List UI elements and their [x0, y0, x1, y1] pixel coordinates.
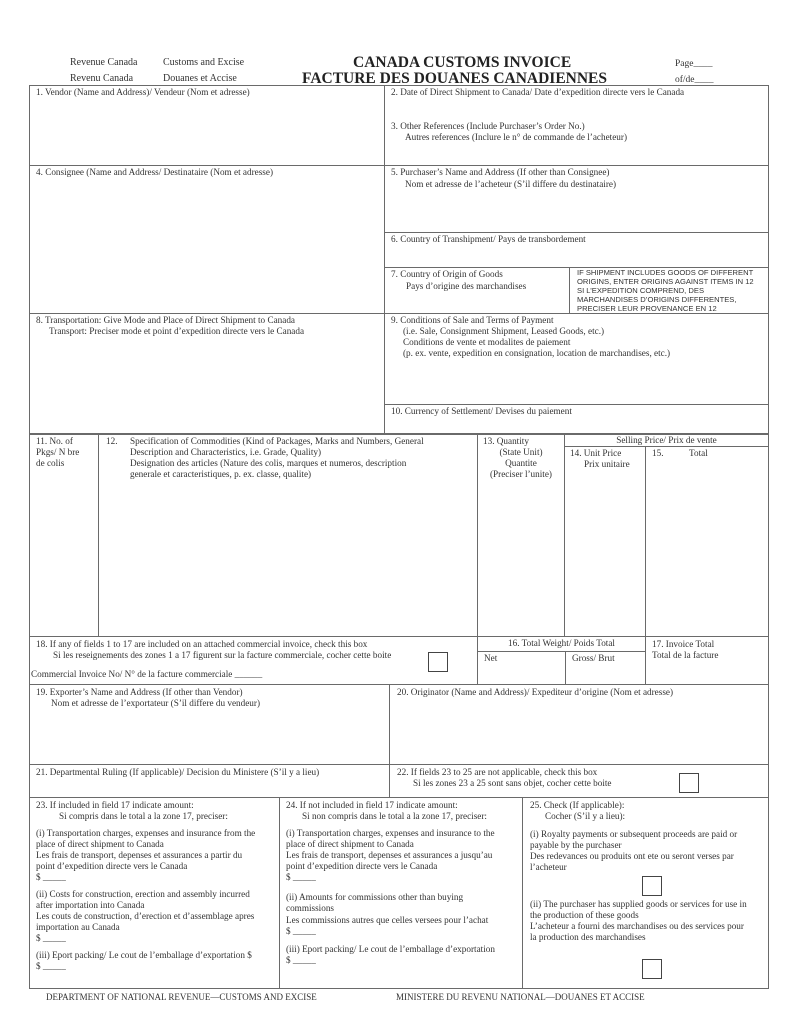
purchaser-supplied-text: (ii) The purchaser has supplied goods or… [530, 899, 747, 911]
packages-label: 11. No. of [36, 436, 73, 448]
exporter-label: 19. Exporter’s Name and Address (If othe… [36, 687, 243, 699]
originator-label: 20. Originator (Name and Address)/ Exped… [397, 687, 673, 699]
unit-price-column[interactable]: 14. Unit Price Prix unitaire [566, 448, 644, 635]
departmental-ruling-label: 21. Departmental Ruling (If applicable)/… [36, 767, 319, 779]
origin-country-field[interactable]: 7. Country of Origin of Goods Pays d’ori… [386, 269, 568, 312]
shipment-date-field[interactable]: 2. Date of Direct Shipment to Canada/ Da… [386, 87, 767, 117]
origin-note-line: MARCHANDISES D’ORIGINS DIFFERENTES, [577, 295, 754, 304]
royalty-text: l’acheteur [530, 862, 567, 874]
commodities-label: generale et caracteristiques, p. ex. cla… [130, 469, 311, 481]
check-applicable-header-fr: Cocher (S’il y a lieu): [545, 811, 625, 823]
origin-note-line: ORIGINS, ENTER ORIGINS AGAINST ITEMS IN … [577, 277, 754, 286]
purchaser-supplied-text: the production of these goods [530, 910, 639, 922]
quantity-label: 13. Quantity [483, 436, 529, 448]
gross-weight-field[interactable]: Gross/ Brut [567, 653, 644, 683]
consignee-field[interactable]: 4. Consignee (Name and Address/ Destinat… [31, 167, 383, 312]
agency-en: Revenue Canada [70, 57, 137, 69]
commercial-invoice-section: 18. If any of fields 1 to 17 are include… [31, 638, 476, 683]
other-references-field[interactable]: 3. Other References (Include Purchaser’s… [386, 118, 767, 164]
origin-note: IF SHIPMENT INCLUDES GOODS OF DIFFERENT … [577, 268, 754, 313]
footer-en: DEPARTMENT OF NATIONAL REVENUE—CUSTOMS A… [46, 992, 317, 1003]
other-references-label: 3. Other References (Include Purchaser’s… [391, 121, 585, 133]
invoice-total-label-fr: Total de la facture [652, 650, 718, 662]
invoice-total-field[interactable]: 17. Invoice Total Total de la facture [647, 638, 767, 683]
purchaser-supplied-text: la production des marchandises [530, 932, 646, 944]
total-label: Total [689, 448, 708, 460]
purchaser-label: 5. Purchaser’s Name and Address (If othe… [391, 167, 610, 179]
included-ii-text: Les couts de construction, d’erection et… [36, 911, 254, 923]
divider [279, 797, 280, 988]
included-i-text: place of direct shipment to Canada [36, 839, 164, 851]
quantity-label: Quantite [479, 458, 563, 470]
origin-country-label-fr: Pays d’origine des marchandises [406, 281, 526, 293]
transportation-field[interactable]: 8. Transportation: Give Mode and Place o… [31, 315, 383, 432]
divider [477, 651, 645, 652]
transportation-label-fr: Transport: Preciser mode et point d’expe… [49, 326, 304, 338]
divider [98, 433, 99, 636]
included-ii-amount-field[interactable]: $ _____ [36, 933, 66, 945]
included-i-text: (i) Transportation charges, expenses and… [36, 828, 255, 840]
agency-fr: Revenu Canada [70, 73, 133, 85]
royalty-text: Des redevances ou produits ont ete ou se… [530, 851, 734, 863]
selling-price-header: Selling Price/ Prix de vente [565, 435, 768, 447]
commercial-invoice-checkbox[interactable] [428, 652, 448, 672]
conditions-label: (i.e. Sale, Consignment Shipment, Leased… [403, 326, 604, 338]
origin-country-label: 7. Country of Origin of Goods [391, 269, 503, 281]
divider [569, 267, 570, 313]
not-included-ii-text: (ii) Amounts for commissions other than … [286, 892, 463, 904]
quantity-label: (Preciser l’unite) [479, 469, 563, 481]
divider [522, 797, 523, 988]
not-included-header-fr: Si non compris dans le total a la zone 1… [302, 811, 487, 823]
divider [565, 651, 566, 684]
vendor-field[interactable]: 1. Vendor (Name and Address)/ Vendeur (N… [31, 87, 383, 164]
quantity-label: (State Unit) [479, 447, 563, 459]
packages-column[interactable]: 11. No. of Pkgs/ N bre de colis [31, 435, 97, 635]
included-ii-text: importation au Canada [36, 922, 120, 934]
commercial-invoice-number-field[interactable]: Commercial Invoice No/ N° de la facture … [31, 669, 262, 681]
divider [389, 684, 390, 797]
total-number: 15. [652, 448, 663, 460]
departmental-ruling-field[interactable]: 21. Departmental Ruling (If applicable)/… [31, 766, 388, 796]
shipment-date-label: 2. Date of Direct Shipment to Canada/ Da… [391, 87, 684, 99]
divider [564, 433, 565, 636]
total-column[interactable]: 15. Total [647, 448, 767, 635]
not-applicable-section: 22. If fields 23 to 25 are not applicabl… [391, 766, 767, 796]
not-included-ii-text: Les commissions autres que celles versee… [286, 915, 488, 927]
included-ii-text: (ii) Costs for construction, erection an… [36, 889, 250, 901]
divider [29, 313, 768, 314]
not-applicable-label-fr: Si les zones 23 a 25 sont sans objet, co… [413, 778, 612, 790]
net-weight-label: Net [484, 653, 497, 665]
check-applicable-header: 25. Check (If applicable): [530, 800, 624, 812]
royalty-checkbox[interactable] [642, 876, 662, 896]
divider [384, 85, 385, 433]
title-fr: FACTURE DES DOUANES CANADIENNES [302, 71, 607, 86]
origin-note-line: PRECISER LEUR PROVENANCE EN 12 [577, 304, 754, 313]
not-included-header: 24. If not included in field 17 indicate… [286, 800, 458, 812]
included-iii-text: (iii) Eport packing/ Le cout de l’emball… [36, 950, 252, 962]
unit-price-label-fr: Prix unitaire [584, 459, 630, 471]
not-included-iii-text: (iii) Eport packing/ Le cout de l’emball… [286, 944, 495, 956]
exporter-label-fr: Nom et adresse de l’exportateur (S’il di… [51, 698, 260, 710]
dept-fr: Douanes et Accise [163, 73, 237, 85]
divider [384, 404, 768, 405]
not-included-i-text: point d’expedition directe vers le Canad… [286, 861, 437, 873]
royalty-text: (i) Royalty payments or subsequent proce… [530, 829, 737, 841]
dept-en: Customs and Excise [163, 57, 244, 69]
included-header-fr: Si compris dans le total a la zone 17, p… [59, 811, 228, 823]
not-applicable-checkbox[interactable] [679, 773, 699, 793]
commercial-invoice-label-fr: Si les reseignements des zones 1 a 17 fi… [53, 650, 391, 662]
purchaser-supplied-text: L’acheteur a fourni des marchandises ou … [530, 921, 744, 933]
total-weight-header: 16. Total Weight/ Poids Total [478, 638, 645, 650]
transhipment-country-field[interactable]: 6. Country of Transhipment/ Pays de tran… [386, 234, 767, 266]
conditions-label: 9. Conditions of Sale and Terms of Payme… [391, 315, 554, 327]
conditions-label: Conditions de vente et modalites de paie… [403, 337, 570, 349]
divider [384, 232, 768, 233]
not-included-ii-amount-field[interactable]: $ _____ [286, 926, 316, 938]
divider [645, 446, 646, 684]
not-included-i-text: place of direct shipment to Canada [286, 839, 414, 851]
divider [384, 165, 768, 166]
not-included-i-text: (i) Transportation charges, expenses and… [286, 828, 495, 840]
divider [29, 797, 768, 798]
quantity-column[interactable]: 13. Quantity (State Unit) Quantite (Prec… [479, 435, 563, 635]
purchaser-label-fr: Nom et adresse de l’acheteur (S’il diffe… [405, 179, 616, 191]
origin-note-line: SI L’EXPEDITION COMPREND, DES [577, 286, 754, 295]
currency-field[interactable]: 10. Currency of Settlement/ Devises du p… [386, 406, 767, 432]
conditions-label: (p. ex. vente, expedition en consignatio… [403, 348, 670, 360]
commercial-invoice-label: 18. If any of fields 1 to 17 are include… [36, 639, 367, 651]
divider [29, 684, 768, 685]
invoice-total-label: 17. Invoice Total [652, 639, 714, 651]
vendor-label: 1. Vendor (Name and Address)/ Vendeur (N… [36, 87, 250, 99]
not-included-amounts-section: 24. If not included in field 17 indicate… [281, 799, 521, 987]
included-header: 23. If included in field 17 indicate amo… [36, 800, 194, 812]
purchaser-field[interactable]: 5. Purchaser’s Name and Address (If othe… [386, 167, 767, 231]
included-i-text: Les frais de transport, depenses et assu… [36, 850, 242, 862]
commodities-label: Specification of Commodities (Kind of Pa… [130, 436, 424, 448]
included-ii-text: after importation into Canada [36, 900, 144, 912]
not-included-ii-text: commissions [286, 903, 334, 915]
footer-fr: MINISTERE DU REVENU NATIONAL—DOUANES ET … [396, 992, 645, 1003]
commodities-label: Designation des articles (Nature des col… [130, 458, 406, 470]
included-iii-amount-field[interactable]: $ _____ [36, 961, 66, 973]
gross-weight-label: Gross/ Brut [572, 653, 615, 665]
not-included-iii-amount-field[interactable]: $ _____ [286, 955, 316, 967]
not-applicable-label: 22. If fields 23 to 25 are not applicabl… [397, 767, 597, 779]
packages-label: de colis [36, 458, 64, 470]
packages-label: Pkgs/ N bre [36, 447, 79, 459]
other-references-label-fr: Autres references (Inclure le n° de comm… [405, 132, 627, 144]
page-number-field[interactable]: Page____ [675, 58, 712, 70]
divider [29, 165, 384, 166]
included-amounts-section: 23. If included in field 17 indicate amo… [31, 799, 278, 987]
unit-price-label: 14. Unit Price [570, 448, 621, 460]
originator-field[interactable]: 20. Originator (Name and Address)/ Exped… [391, 686, 767, 763]
commodities-number: 12. [106, 436, 117, 448]
divider [29, 764, 768, 765]
origin-note-line: IF SHIPMENT INCLUDES GOODS OF DIFFERENT [577, 268, 754, 277]
consignee-label: 4. Consignee (Name and Address/ Destinat… [36, 167, 273, 179]
included-i-text: point d’expedition directe vers le Canad… [36, 861, 187, 873]
commodities-column[interactable]: 12. Specification of Commodities (Kind o… [100, 435, 476, 635]
divider [29, 636, 768, 637]
transportation-label: 8. Transportation: Give Mode and Place o… [36, 315, 295, 327]
not-included-i-amount-field[interactable]: $ _____ [286, 872, 316, 884]
title-en: CANADA CUSTOMS INVOICE [353, 55, 571, 70]
included-i-amount-field[interactable]: $ _____ [36, 872, 66, 884]
royalty-text: payable by the purchaser [530, 840, 622, 852]
purchaser-supplied-checkbox[interactable] [642, 959, 662, 979]
transhipment-country-label: 6. Country of Transhipment/ Pays de tran… [391, 234, 586, 246]
not-included-i-text: Les frais de transport, depenses et assu… [286, 850, 492, 862]
currency-label: 10. Currency of Settlement/ Devises du p… [391, 406, 572, 418]
commodities-label: Description and Characteristics, i.e. Gr… [130, 447, 321, 459]
net-weight-field[interactable]: Net [479, 653, 564, 683]
exporter-field[interactable]: 19. Exporter’s Name and Address (If othe… [31, 686, 388, 763]
conditions-of-sale-field[interactable]: 9. Conditions of Sale and Terms of Payme… [386, 315, 767, 403]
